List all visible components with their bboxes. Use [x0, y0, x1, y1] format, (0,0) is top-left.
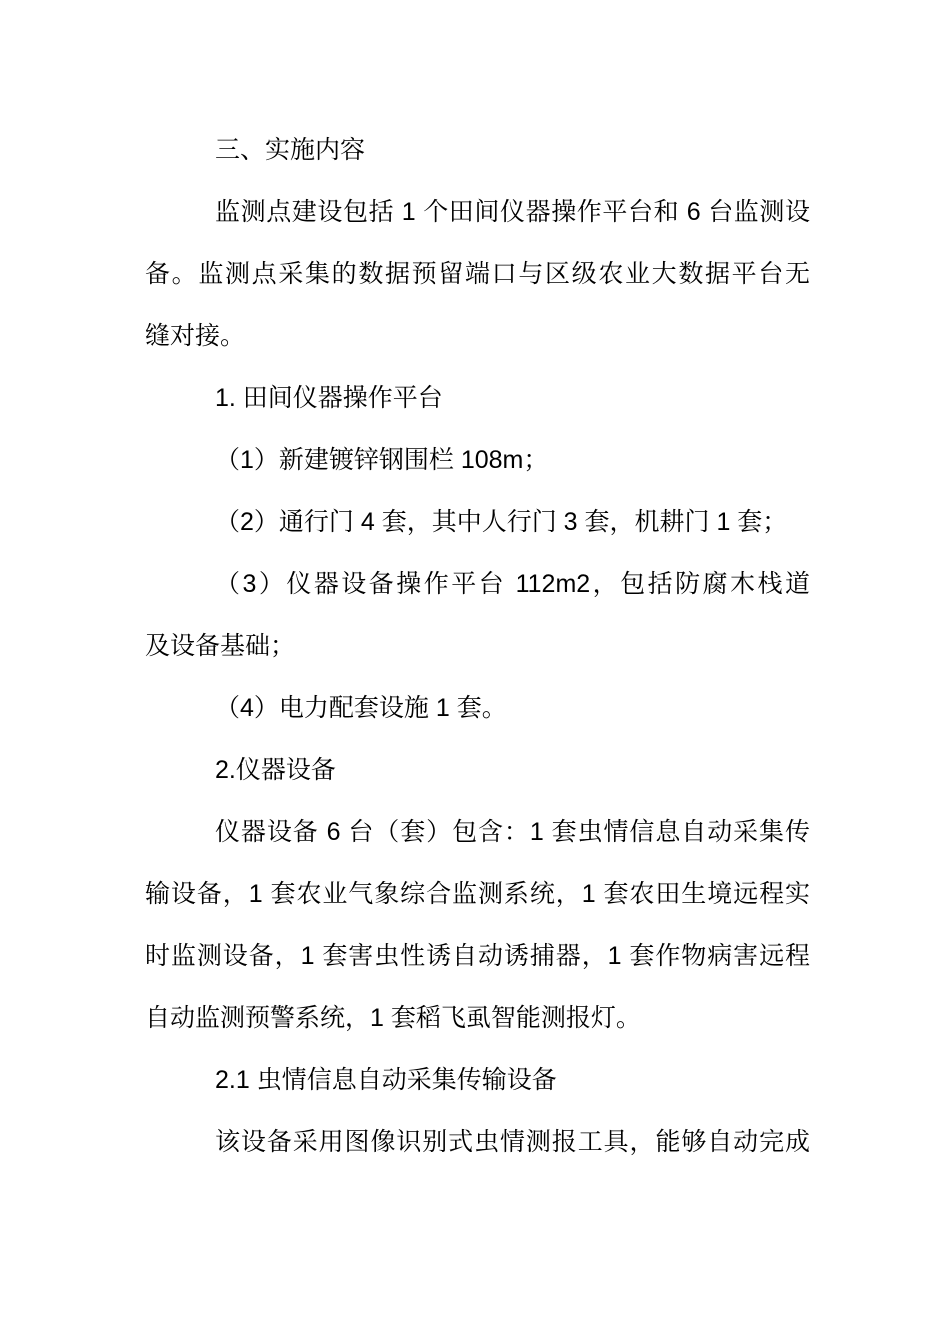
intro-paragraph-line: 备。监测点采集的数据预留端口与区级农业大数据平台无 — [145, 243, 810, 305]
intro-paragraph-line: 缝对接。 — [145, 305, 810, 367]
section-2-1-heading-line: 2.1 虫情信息自动采集传输设备 — [145, 1049, 810, 1111]
sub-item-line: （4）电力配套设施 1 套。 — [145, 677, 810, 739]
equipment-paragraph-line: 仪器设备 6 台（套）包含：1 套虫情信息自动采集传 — [145, 801, 810, 863]
device-description-line: 该设备采用图像识别式虫情测报工具，能够自动完成 — [145, 1111, 810, 1173]
section-heading: 三、实施内容 — [145, 119, 810, 181]
equipment-paragraph-line: 时监测设备，1 套害虫性诱自动诱捕器，1 套作物病害远程 — [145, 925, 810, 987]
item-2-heading-line: 2.仪器设备 — [145, 739, 810, 801]
intro-paragraph-line: 监测点建设包括 1 个田间仪器操作平台和 6 台监测设 — [145, 181, 810, 243]
equipment-paragraph-line: 自动监测预警系统，1 套稻飞虱智能测报灯。 — [145, 987, 810, 1049]
sub-item-line: （1）新建镀锌钢围栏 108m； — [145, 429, 810, 491]
sub-item-line: 及设备基础； — [145, 615, 810, 677]
document-page: 三、实施内容 监测点建设包括 1 个田间仪器操作平台和 6 台监测设 备。监测点… — [0, 0, 950, 1344]
sub-item-line: （2）通行门 4 套，其中人行门 3 套，机耕门 1 套； — [145, 491, 810, 553]
item-1-heading-line: 1. 田间仪器操作平台 — [145, 367, 810, 429]
equipment-paragraph-line: 输设备，1 套农业气象综合监测系统，1 套农田生境远程实 — [145, 863, 810, 925]
sub-item-line: （3）仪器设备操作平台 112m2，包括防腐木栈道 — [145, 553, 810, 615]
